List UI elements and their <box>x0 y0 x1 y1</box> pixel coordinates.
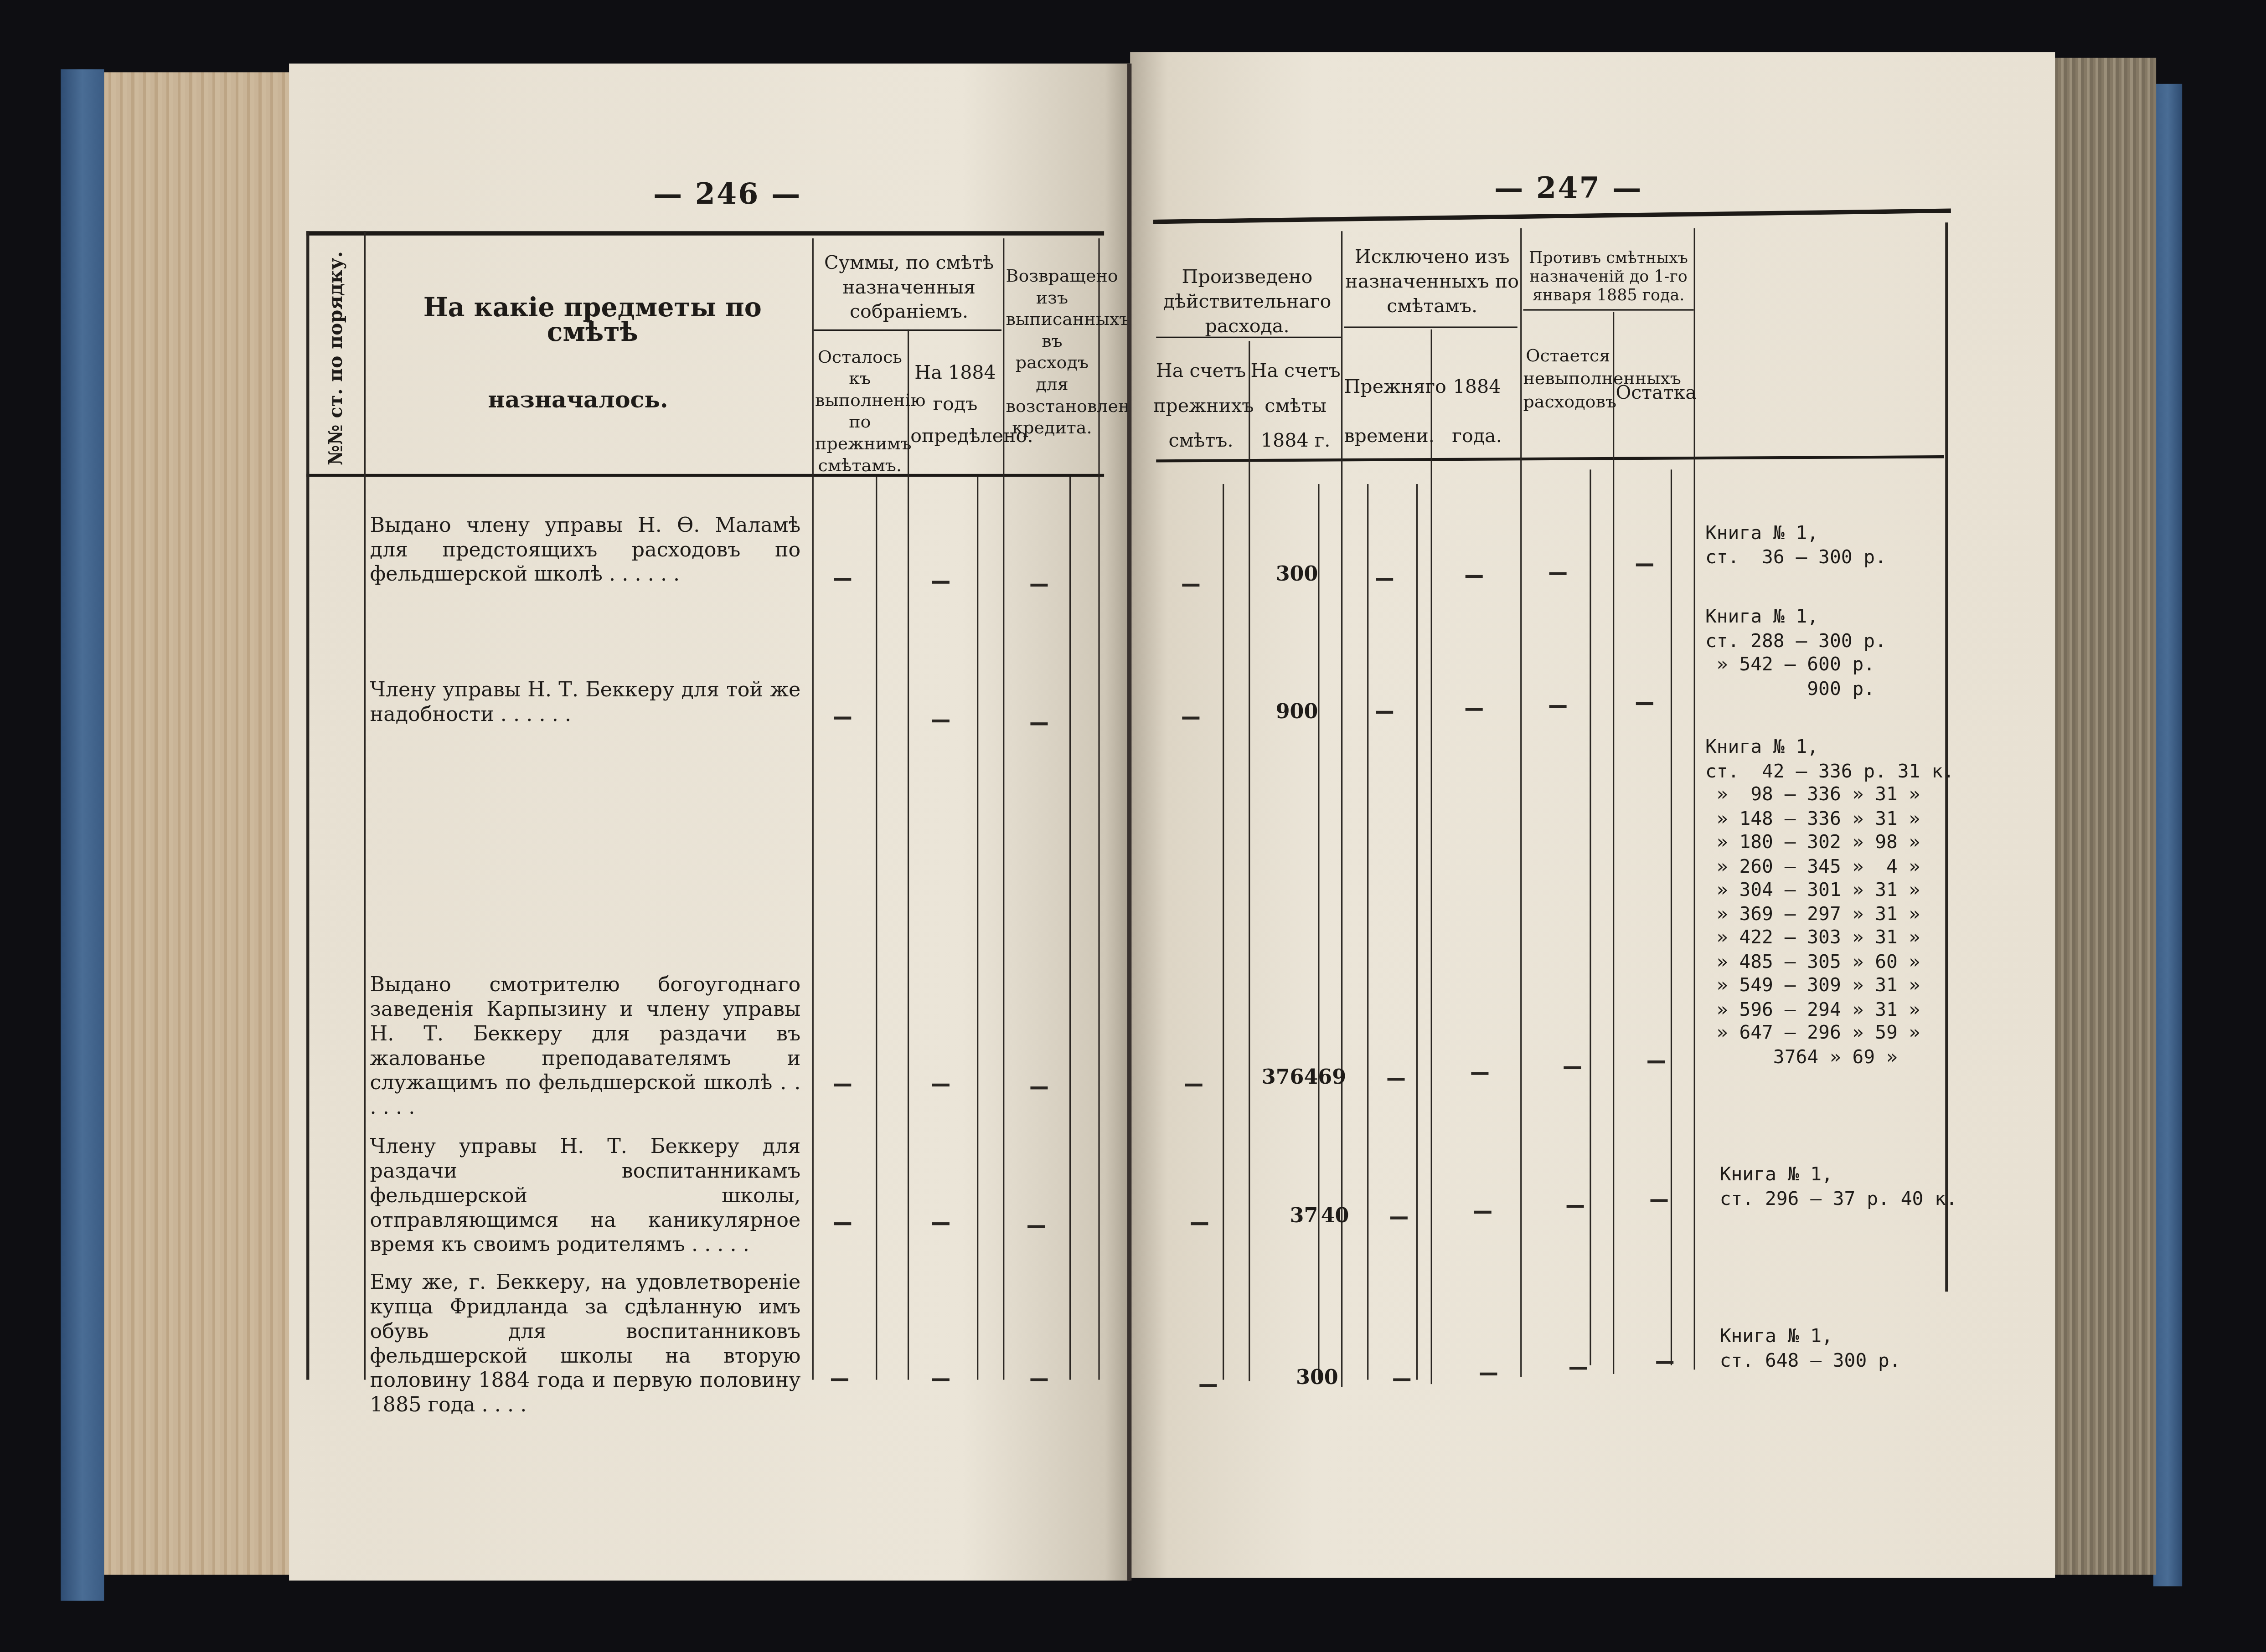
book-cover-right <box>2153 84 2182 1586</box>
reference-note: Книга № 1, ст. 648 — 300 р. <box>1720 1326 1901 1374</box>
rule <box>1590 469 1591 1365</box>
book-scan: — 246 — №№ ст. по порядку. На какіе пред… <box>0 0 2266 1652</box>
column-header-remaining: Осталось къ выполненію по прежнимъ смѣта… <box>815 347 905 477</box>
dash <box>932 1222 950 1225</box>
dash <box>1030 584 1048 587</box>
rule <box>1520 228 1522 1377</box>
book-cover-left <box>61 69 104 1601</box>
dash <box>1569 1367 1587 1369</box>
amount-rub: 3764 <box>1251 1066 1318 1090</box>
dash <box>1182 716 1199 719</box>
dash <box>1390 1216 1408 1219</box>
amount-rub: 300 <box>1251 1367 1338 1390</box>
column-header-prev-time: Прежняго времени. <box>1344 364 1430 463</box>
column-header-remainder: Остатка <box>1616 381 1693 406</box>
rule <box>1431 329 1432 1384</box>
dash <box>831 1378 848 1381</box>
dash <box>1199 1384 1217 1387</box>
rule <box>1003 238 1004 1380</box>
dash <box>1564 1066 1581 1069</box>
rule <box>1671 469 1672 1365</box>
column-header-returned: Возвращено изъ выписанныхъ въ расходъ дл… <box>1006 266 1099 439</box>
header-bottom-rule <box>306 474 1104 477</box>
rule <box>1069 477 1071 1379</box>
rule <box>1416 484 1418 1380</box>
column-header-items-sub: назначалось. <box>434 387 723 412</box>
dash <box>1474 1211 1492 1214</box>
dash <box>1030 1378 1048 1381</box>
dash <box>1636 702 1653 705</box>
dash <box>834 578 851 581</box>
amount-rub: 300 <box>1251 563 1318 587</box>
dash <box>1471 1072 1488 1075</box>
column-header-1884-year: 1884 года. <box>1434 364 1520 463</box>
dash <box>1182 584 1199 587</box>
column-header-1884: На счетъ смѣты 1884 г. <box>1250 355 1341 459</box>
dash <box>932 1084 950 1086</box>
rule <box>1318 484 1319 1380</box>
page-block-left <box>104 72 306 1575</box>
reference-note: Книга № 1, ст. 296 — 37 р. 40 к. <box>1720 1164 1957 1212</box>
column-header-items: На какіе предметы по смѣтѣ <box>376 296 809 345</box>
dash <box>1393 1378 1410 1381</box>
left-page-number: — 246 — <box>653 176 802 211</box>
dash <box>1387 1078 1404 1081</box>
row-3-text: Выдано смотрителю богоугоднаго заведенія… <box>370 974 801 1121</box>
rule <box>1249 341 1250 1381</box>
subrule <box>1523 309 1693 310</box>
dash <box>1480 1373 1497 1375</box>
amount-rub: 900 <box>1251 701 1318 724</box>
rule <box>908 329 909 1380</box>
dash <box>1636 563 1653 566</box>
group-header-actual: Произведено дѣйствительнаго расхода. <box>1153 266 1341 340</box>
subrule <box>1344 326 1517 328</box>
row-2-text: Члену управы Н. Т. Беккеру для той же на… <box>370 679 801 728</box>
dash <box>1466 708 1483 710</box>
dash <box>1027 1225 1045 1228</box>
dash <box>834 716 851 719</box>
dash <box>1376 578 1393 581</box>
dash <box>834 1084 851 1086</box>
amount-kop: 69 <box>1318 1066 1347 1090</box>
rule <box>1367 484 1368 1380</box>
dash <box>1030 722 1048 725</box>
reference-note: Книга № 1, ст. 36 — 300 р. <box>1705 523 1886 571</box>
column-header-1884: На 1884 годъ опредѣлено. <box>910 358 1000 453</box>
dash <box>1650 1199 1667 1202</box>
row-1-text: Выдано члену управы Н. Ѳ. Маламѣ для пре… <box>370 515 801 588</box>
reference-note: Книга № 1, ст. 42 — 336 р. 31 к. » 98 — … <box>1705 737 1954 1070</box>
rule <box>1613 312 1614 1374</box>
dash <box>1030 1086 1048 1089</box>
dash <box>834 1222 851 1225</box>
column-header-number: №№ ст. по порядку. <box>309 246 364 469</box>
dash <box>1466 575 1483 578</box>
dash <box>1647 1060 1665 1063</box>
dash <box>1549 572 1567 575</box>
dash <box>1656 1361 1673 1364</box>
dash <box>932 581 950 583</box>
column-header-unfulfilled: Остается невыполненныхъ расходовъ <box>1523 344 1613 413</box>
group-header-sums: Суммы, по смѣтѣ назначенныя собраніемъ. <box>818 252 1000 325</box>
rule <box>876 477 877 1379</box>
rule <box>1223 484 1224 1380</box>
row-4-text: Члену управы Н. Т. Беккеру для раздачи в… <box>370 1136 801 1258</box>
dash <box>932 720 950 722</box>
dash <box>1376 711 1393 714</box>
amount-rub: 37 <box>1251 1205 1318 1228</box>
dash <box>1191 1222 1208 1225</box>
dash <box>1185 1084 1203 1086</box>
gutter <box>1127 63 1132 1580</box>
table-top-rule <box>306 231 1104 236</box>
rule <box>977 477 978 1379</box>
group-header-excluded: Исключено изъ назначенныхъ по смѣтамъ. <box>1344 246 1520 319</box>
rule <box>812 238 814 1380</box>
group-header-against: Противъ смѣтныхъ назначеній до 1-го янва… <box>1523 248 1693 305</box>
page-block-right <box>2049 58 2156 1575</box>
reference-note: Книга № 1, ст. 288 — 300 р. » 542 — 600 … <box>1705 607 1886 702</box>
row-5-text: Ему же, г. Беккеру, на удовлетвореніе ку… <box>370 1271 801 1419</box>
column-header-prev: На счетъ прежнихъ смѣтъ. <box>1153 355 1249 459</box>
dash <box>1567 1205 1584 1208</box>
dash <box>932 1378 950 1381</box>
amount-kop: 40 <box>1321 1205 1350 1228</box>
dash <box>1549 705 1567 708</box>
right-page-number: — 247 — <box>1494 170 1643 205</box>
rule <box>364 231 366 1379</box>
